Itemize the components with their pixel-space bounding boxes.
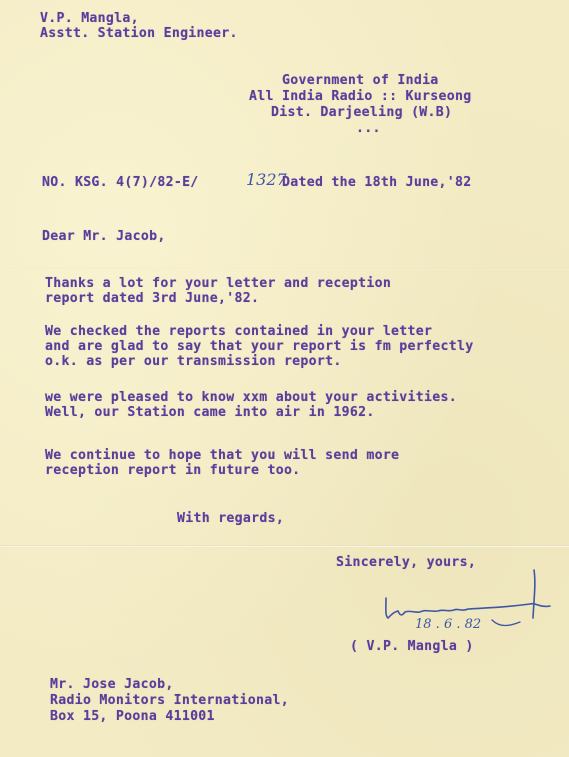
recipient-organization: Radio Monitors International, (50, 693, 289, 708)
signatory-name: ( V.P. Mangla ) (350, 639, 474, 654)
body-line: we were pleased to know xxm about your a… (45, 390, 457, 405)
reference-number: NO. KSG. 4(7)/82-E/ (42, 175, 199, 190)
body-line: We continue to hope that you will send m… (45, 448, 399, 463)
sender-title: Asstt. Station Engineer. (40, 26, 238, 41)
recipient-address: Box 15, Poona 411001 (50, 709, 215, 724)
body-line: reception report in future too. (45, 463, 300, 478)
body-line: Well, our Station came into air in 1962. (45, 405, 375, 420)
body-line: Thanks a lot for your letter and recepti… (45, 276, 391, 291)
paper-fold-line (0, 545, 569, 548)
org-line-3: Dist. Darjeeling (W.B) (271, 105, 452, 120)
salutation: Dear Mr. Jacob, (42, 229, 166, 244)
sender-name: V.P. Mangla, (40, 11, 139, 26)
closing-regards: With regards, (177, 511, 284, 526)
paper-fold-line (0, 268, 569, 271)
body-line: and are glad to say that your report is … (45, 339, 473, 354)
org-separator: ... (356, 121, 381, 136)
signature-date: 18 . 6 . 82 (415, 617, 481, 632)
body-line: We checked the reports contained in your… (45, 324, 432, 339)
body-line: report dated 3rd June,'82. (45, 291, 259, 306)
org-line-1: Government of India (282, 73, 439, 88)
org-line-2: All India Radio :: Kurseong (249, 89, 471, 104)
body-line: o.k. as per our transmission report. (45, 354, 342, 369)
reference-date: Dated the 18th June,'82 (282, 175, 472, 190)
reference-handwritten-number: 1327 (246, 170, 287, 189)
recipient-name: Mr. Jose Jacob, (50, 677, 174, 692)
